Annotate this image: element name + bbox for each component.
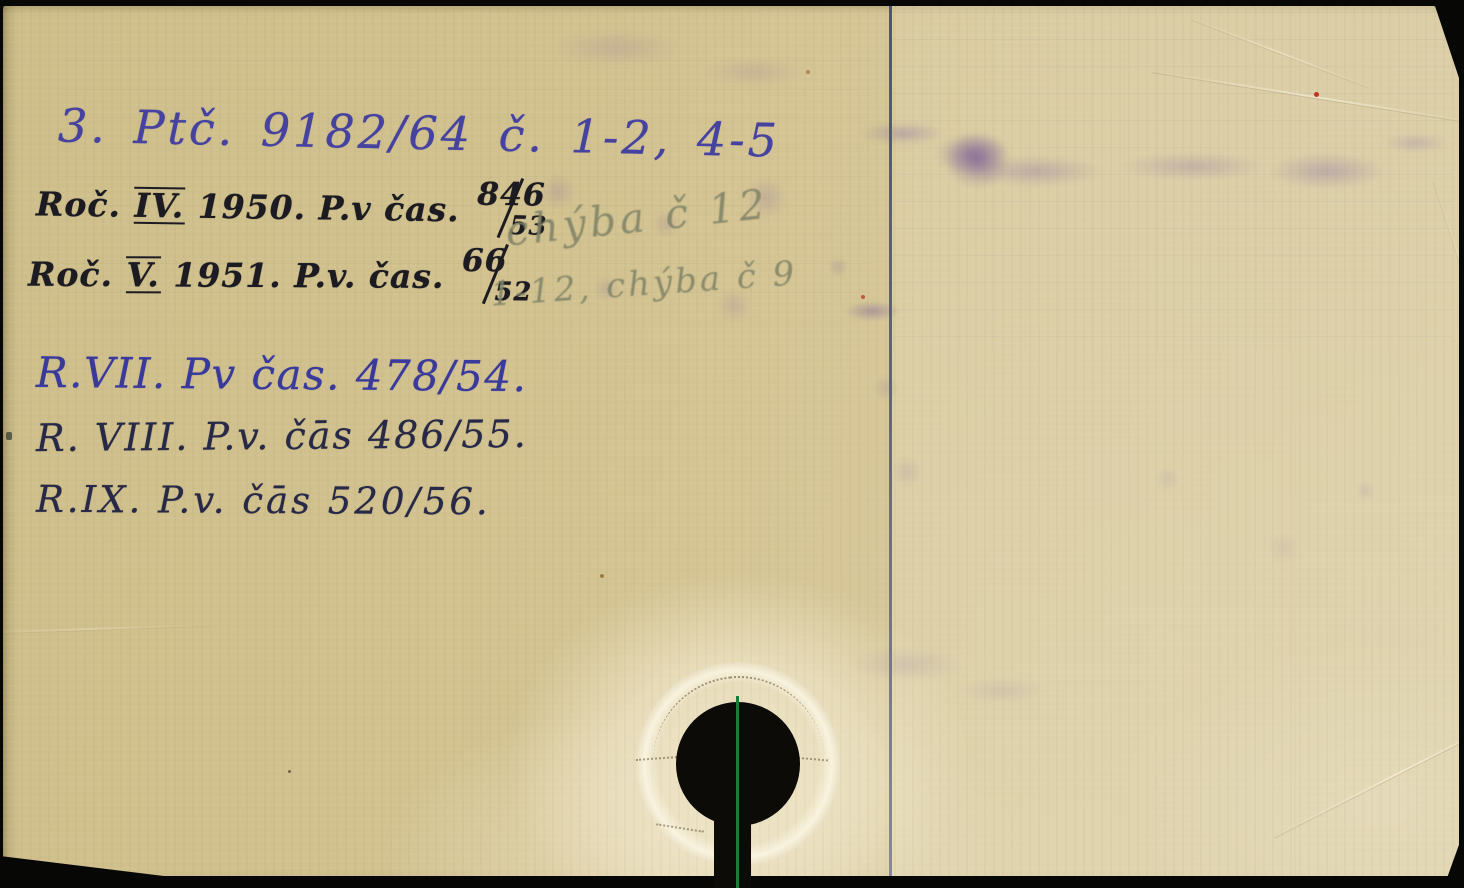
handwritten-line-volume-5: Roč. V. 1951. P.v. čas. 6652 [28, 255, 531, 297]
scanner-streak [1294, 5, 1296, 876]
scan-edge-top [0, 0, 1464, 6]
dirt-speck [6, 432, 12, 440]
purple-ink-stain-blob [933, 118, 1023, 202]
handwritten-line-volume-9: R.IX. P.v. čās 520/56. [36, 478, 491, 523]
volume-rest: 1951. P.v. čas. [173, 255, 444, 295]
scan-edge-right [1459, 0, 1464, 888]
handwritten-line-volume-4: Roč. IV. 1950. P.v čas. 84653 [36, 184, 547, 230]
handwritten-line-volume-7: R.VII. Pv čas. 478/54. [36, 348, 528, 401]
purple-ink-stain [815, 606, 1075, 736]
scanned-card: 3. Ptč. 9182/64 č. 1-2, 4-5 Roč. IV. 195… [0, 0, 1464, 888]
purple-ink-stain [830, 292, 970, 532]
red-speck [1314, 92, 1319, 97]
dirt-speck [806, 70, 810, 74]
roman-numeral: IV. [133, 187, 185, 225]
punch-hole-slot [714, 798, 751, 888]
volume-word: Roč. [36, 184, 122, 224]
scan-edge-left [0, 0, 3, 888]
dirt-speck [600, 574, 604, 578]
card-fold-divider-line [889, 5, 892, 876]
green-scanner-line [736, 696, 739, 888]
dirt-speck [288, 770, 291, 773]
purple-ink-stain [1085, 410, 1415, 640]
purple-ink-stain [516, 0, 856, 120]
roman-numeral: V. [125, 256, 161, 293]
handwritten-line-volume-8: R. VIII. P.v. čās 486/55. [36, 412, 528, 460]
red-speck [861, 295, 865, 299]
purple-ink-stain-band [826, 98, 1460, 216]
volume-word: Roč. [28, 255, 113, 294]
volume-rest: 1950. P.v čas. [198, 187, 460, 230]
